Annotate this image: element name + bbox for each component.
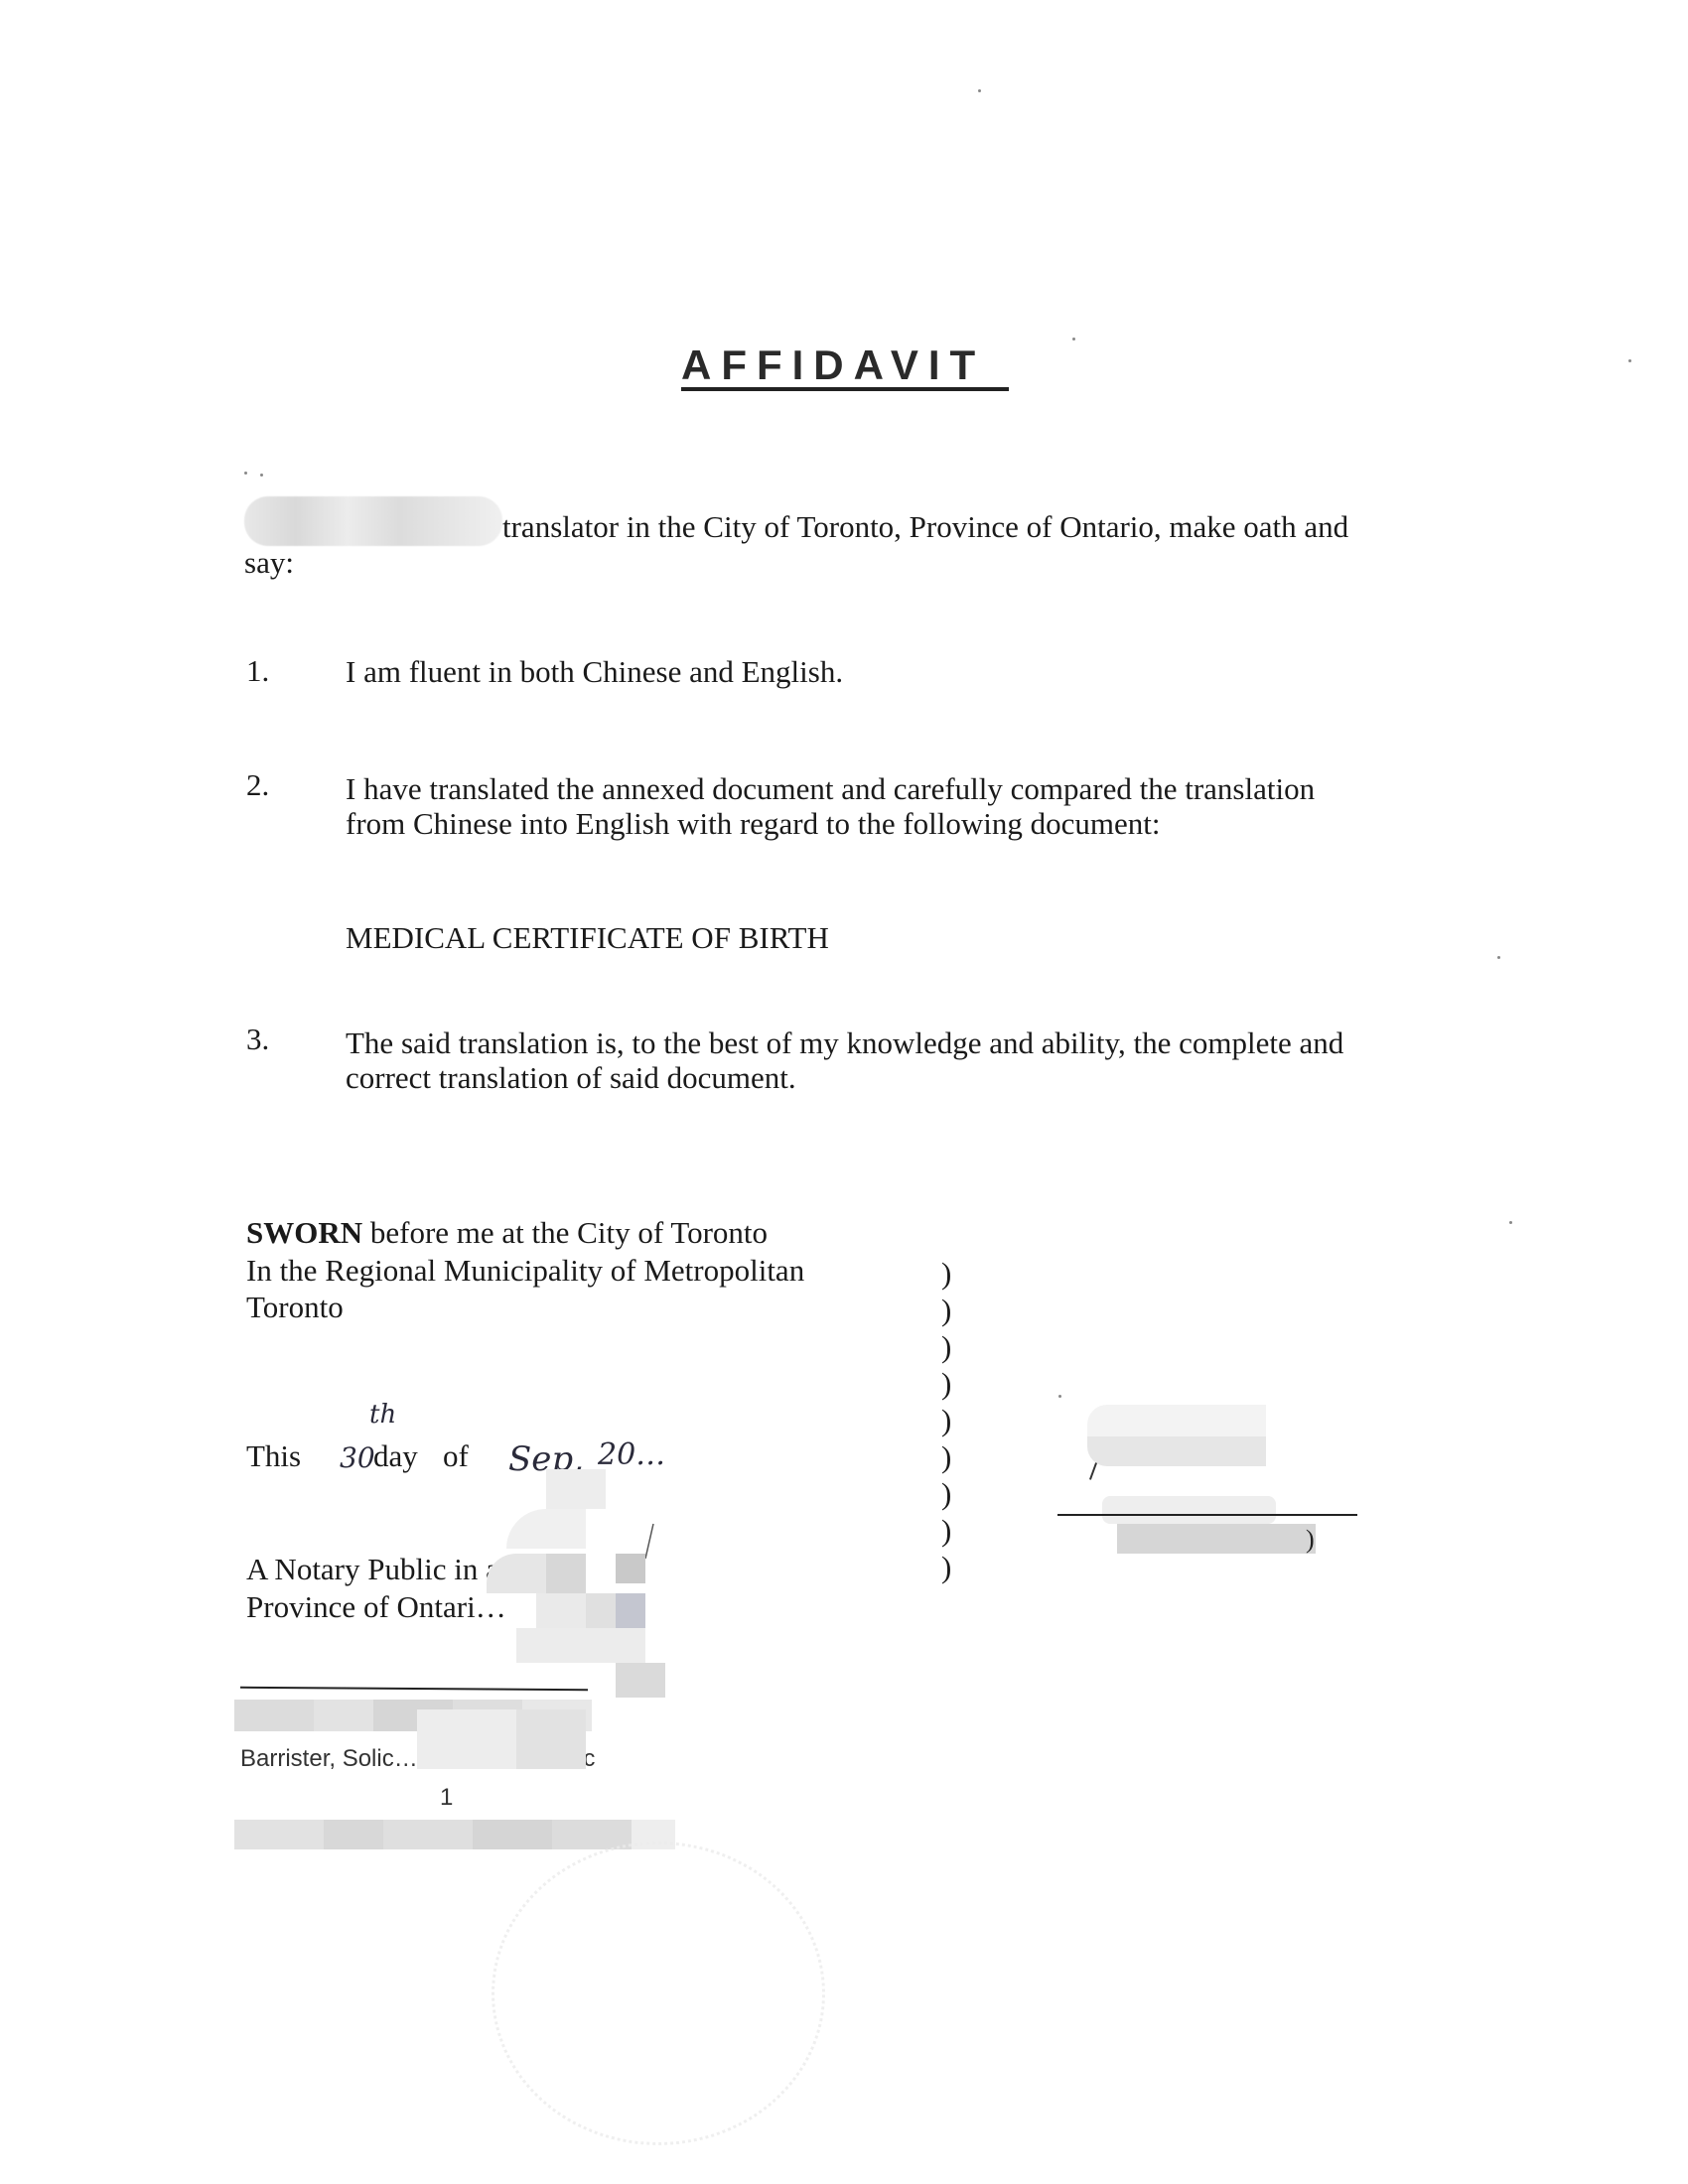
- handwritten-day-suffix: th: [369, 1400, 396, 1430]
- this-label: This: [246, 1437, 301, 1474]
- item-3-text-line1: The said translation is, to the best of …: [346, 1024, 1343, 1061]
- bracket-paren: ): [941, 1512, 951, 1549]
- commissioner-line-number: 1: [440, 1784, 453, 1812]
- item-number-3: 3.: [246, 1021, 269, 1057]
- bracket-paren: ): [941, 1549, 951, 1585]
- scan-speck: [260, 474, 263, 477]
- bracket-paren: ): [941, 1328, 951, 1365]
- scan-speck: [1058, 1395, 1061, 1398]
- document-title: AFFIDAVIT: [681, 341, 985, 389]
- deponent-signature-line: [1057, 1514, 1357, 1516]
- item-1-text: I am fluent in both Chinese and English.: [346, 653, 843, 690]
- item-2-text-line2: from Chinese into English with regard to…: [346, 805, 1161, 842]
- notary-text-line2: Province of Ontari…: [246, 1588, 506, 1625]
- bracket-paren: ): [941, 1438, 951, 1475]
- jurat-line1-rest: before me at the City of Toronto: [362, 1215, 768, 1250]
- day-label: day: [373, 1437, 418, 1474]
- item-number-2: 2.: [246, 766, 269, 803]
- item-2-text-line1: I have translated the annexed document a…: [346, 770, 1315, 807]
- scan-speck: [1072, 338, 1075, 341]
- redacted-deponent-name: [244, 496, 502, 546]
- bracket-paren: ): [941, 1365, 951, 1402]
- sworn-label: SWORN: [246, 1215, 362, 1250]
- scan-speck: [1497, 956, 1500, 959]
- bracket-paren: ): [941, 1475, 951, 1512]
- bracket-paren: ): [941, 1292, 951, 1328]
- signature-fragment: ): [1306, 1525, 1315, 1555]
- handwritten-day: 30: [340, 1441, 375, 1474]
- redacted-deponent-signature: [1087, 1405, 1326, 1564]
- bracket-paren: ): [941, 1255, 951, 1292]
- scan-speck: [244, 472, 247, 475]
- bracket-paren: ): [941, 1402, 951, 1438]
- intro-text-line2: say:: [244, 544, 294, 581]
- of-label: of: [443, 1437, 469, 1474]
- scan-speck: [1509, 1221, 1512, 1224]
- jurat-line2: In the Regional Municipality of Metropol…: [246, 1252, 804, 1289]
- item-3-text-line2: correct translation of said document.: [346, 1059, 796, 1096]
- redacted-notary-signature: [487, 1469, 685, 1707]
- redacted-commissioner-address: [234, 1820, 675, 1849]
- jurat-line1: SWORN before me at the City of Toronto: [246, 1214, 768, 1251]
- embossed-seal: [492, 1842, 825, 2145]
- notary-text-line1: A Notary Public in ar: [246, 1551, 509, 1587]
- scan-speck: [1628, 359, 1631, 362]
- item-number-1: 1.: [246, 652, 269, 689]
- scan-speck: [978, 89, 981, 92]
- translated-document-name: MEDICAL CERTIFICATE OF BIRTH: [346, 919, 829, 956]
- jurat-line3: Toronto: [246, 1289, 344, 1325]
- title-underline: [681, 387, 1009, 391]
- intro-text-line1: translator in the City of Toronto, Provi…: [502, 508, 1348, 545]
